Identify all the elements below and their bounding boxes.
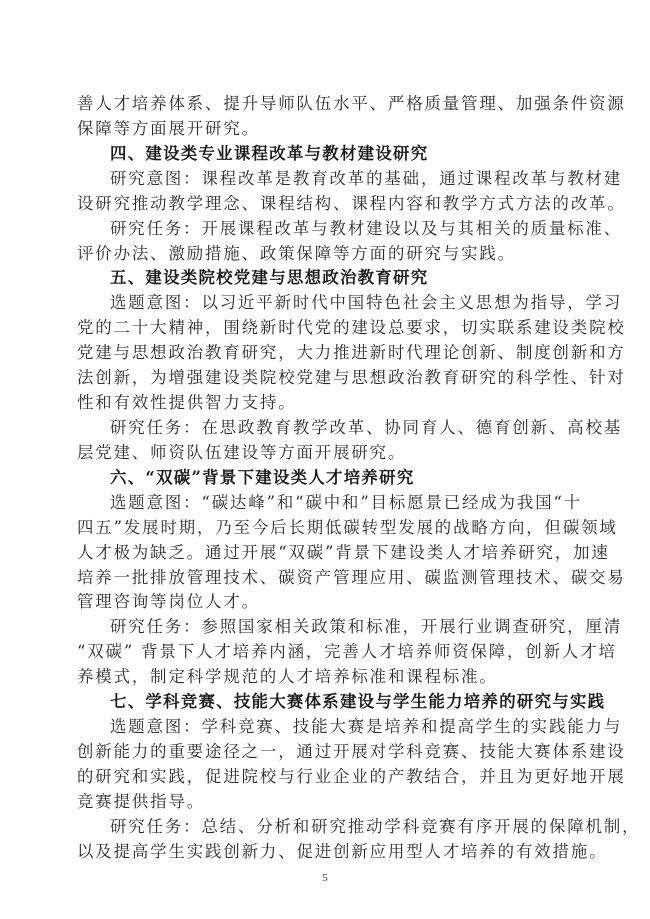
paragraph-line: 设研究推动教学理念、课程结构、课程内容和教学方式方法的改革。 [77,192,571,217]
paragraph-line: 党建与思想政治教育研究，大力推进新时代理论创新、制度创新和方 [77,341,571,366]
paragraph-line: 法创新，为增强建设类院校党建与思想政治教育研究的科学性、针对 [77,366,571,391]
section-heading-5: 五、建设类院校党建与思想政治教育研究 [77,266,571,291]
section-heading-7: 七、学科竞赛、技能大赛体系建设与学生能力培养的研究与实践 [77,690,571,715]
paragraph-line: 研究任务：参照国家相关政策和标准，开展行业调查研究，厘清 [77,615,571,640]
paragraph-line: 党的二十大精神，围绕新时代党的建设总要求，切实联系建设类院校 [77,316,571,341]
page-number: 5 [0,872,650,884]
paragraph-line: “双碳” 背景下人才培养内涵，完善人才培养师资保障，创新人才培 [77,640,571,665]
paragraph-line: 管理咨询等岗位人才。 [77,590,571,615]
paragraph-line: 创新能力的重要途径之一，通过开展对学科竞赛、技能大赛体系建设 [77,740,571,765]
paragraph-line: 性和有效性提供智力支持。 [77,391,571,416]
paragraph-line: 四五”发展时期，乃至今后长期低碳转型发展的战略方向，但碳领域 [77,516,571,541]
paragraph-line: 养模式，制定科学规范的人才培养标准和课程标准。 [77,665,571,690]
paragraph-line: 以及提高学生实践创新力、促进创新应用型人才培养的有效措施。 [77,840,571,865]
paragraph-line: 人才极为缺乏。通过开展“双碳”背景下建设类人才培养研究，加速 [77,541,571,566]
paragraph-line: 选题意图：“碳达峰”和“碳中和”目标愿景已经成为我国“十 [77,491,571,516]
document-page: 善人才培养体系、提升导师队伍水平、严格质量管理、加强条件资源 保障等方面展开研究… [77,92,571,865]
paragraph-line: 竞赛提供指导。 [77,790,571,815]
paragraph-line: 研究任务：开展课程改革与教材建设以及与其相关的质量标准、 [77,217,571,242]
paragraph-line: 层党建、师资队伍建设等方面开展研究。 [77,441,571,466]
paragraph-line: 善人才培养体系、提升导师队伍水平、严格质量管理、加强条件资源 [77,92,571,117]
paragraph-line: 研究任务：总结、分析和研究推动学科竞赛有序开展的保障机制， [77,815,571,840]
paragraph-line: 保障等方面展开研究。 [77,117,571,142]
paragraph-line: 评价办法、激励措施、政策保障等方面的研究与实践。 [77,242,571,267]
paragraph-line: 选题意图：以习近平新时代中国特色社会主义思想为指导，学习 [77,291,571,316]
section-heading-4: 四、建设类专业课程改革与教材建设研究 [77,142,571,167]
section-heading-6: 六、“双碳”背景下建设类人才培养研究 [77,466,571,491]
paragraph-line: 选题意图：学科竞赛、技能大赛是培养和提高学生的实践能力与 [77,715,571,740]
paragraph-line: 的研究和实践，促进院校与行业企业的产教结合，并且为更好地开展 [77,765,571,790]
paragraph-line: 培养一批排放管理技术、碳资产管理应用、碳监测管理技术、碳交易 [77,566,571,591]
paragraph-line: 研究意图：课程改革是教育改革的基础，通过课程改革与教材建 [77,167,571,192]
paragraph-line: 研究任务：在思政教育教学改革、协同育人、德育创新、高校基 [77,416,571,441]
